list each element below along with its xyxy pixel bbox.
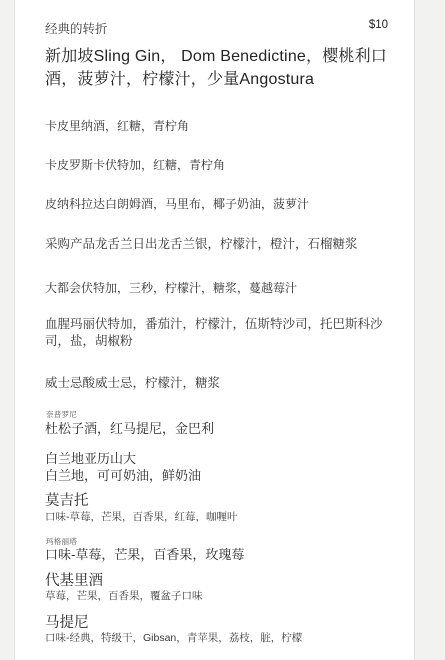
menu-item-caipirinha: 卡皮里纳酒，红糖，青柠角 [45,118,189,134]
menu-item-pina-colada: 皮纳科拉达白朗姆酒，马里布，椰子奶油，菠萝汁 [45,196,309,212]
margarita-flavors: 口味-草莓，芒果，百香果，玫瑰莓 [45,546,244,563]
daiquiri-flavors: 草莓，芒果，百香果，覆盆子口味 [45,588,203,603]
menu-page: 经典的转折 $10 新加坡Sling Gin， Dom Benedictine，… [0,0,445,660]
menu-item-cosmopolitan: 大都会伏特加，三秒，柠檬汁，糖浆，蔓越莓汁 [45,280,297,296]
daiquiri-title: 代基里酒 [45,569,103,590]
mojito-title: 莫吉托 [45,489,89,510]
menu-item-whiskey-sour: 威士忌酸威士忌，柠檬汁，糖浆 [45,375,220,391]
negroni-label: 奈普罗尼 [46,409,77,420]
martini-flavors: 口味-经典，特级干，Gibsan，青苹果，荔枝，脏，柠檬 [45,630,302,645]
martini-title: 马提尼 [45,611,89,632]
menu-item-tequila-sunrise: 采购产品龙舌兰日出龙舌兰银，柠檬汁，橙汁，石榴糖浆 [45,236,358,252]
menu-item-negroni-ingredients: 杜松子酒，红马提尼，金巴利 [45,420,214,437]
featured-cocktail-description: 新加坡Sling Gin， Dom Benedictine，樱桃利口酒，菠萝汁，… [45,46,397,91]
section-title: 经典的转折 [45,19,108,37]
mojito-flavors: 口味-草莓，芒果，百香果，红莓，咖喱叶 [45,509,238,524]
brandy-alexander-ingredients: 白兰地，可可奶油，鲜奶油 [45,467,201,484]
menu-item-bloody-mary: 血腥玛丽伏特加，番茄汁，柠檬汁，伍斯特沙司，托巴斯科沙司，盐，胡椒粉 [45,316,397,349]
price-label: $10 [369,19,388,31]
brandy-alexander-title: 白兰地亚历山大 [45,450,136,467]
menu-card: 经典的转折 $10 新加坡Sling Gin， Dom Benedictine，… [14,0,415,660]
menu-item-caipiroska: 卡皮罗斯卡伏特加，红糖，青柠角 [45,157,225,173]
